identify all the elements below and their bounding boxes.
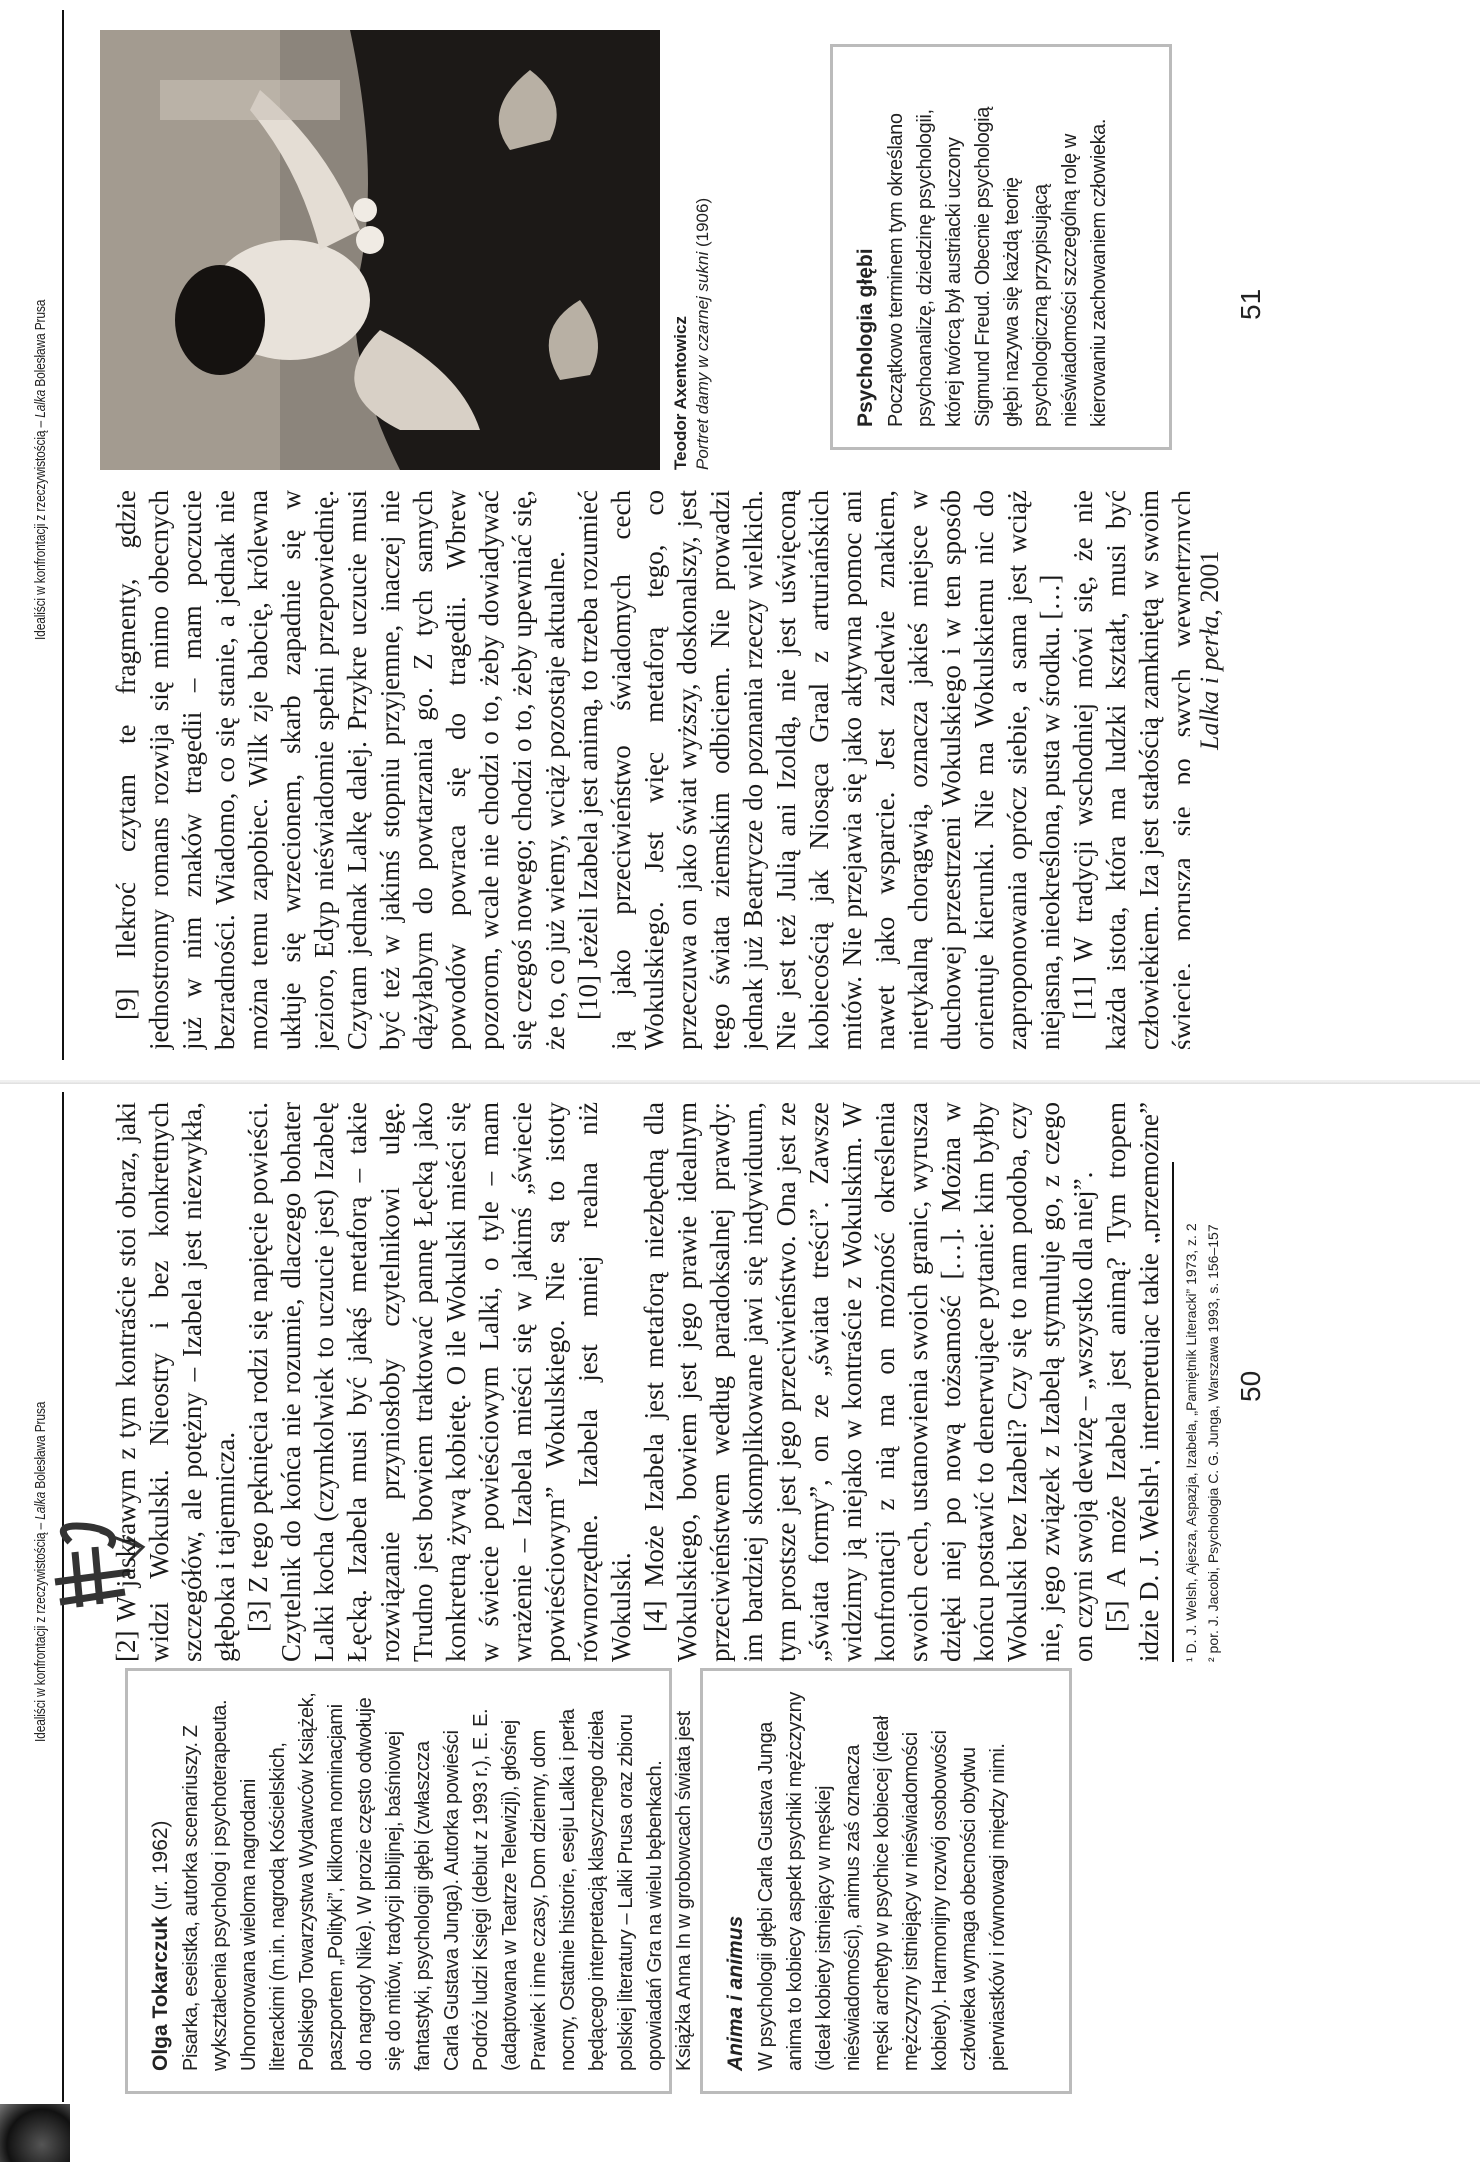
header-rule: [62, 10, 64, 1060]
painting-title: Portret damy w czarnej sukni: [693, 252, 712, 470]
footnote-1: ¹ D. J. Welsh, Ajesza, Aspazja, Izabela,…: [1180, 1102, 1202, 1662]
paragraph-10: [10] Jeżeli Izabela jest animą, to trzeb…: [572, 490, 1067, 1050]
footnote-2: ² por. J. Jacobi, Psychologia C. G. Jung…: [1202, 1102, 1224, 1662]
running-head: Idealiści w konfrontacji z rzeczywistośc…: [32, 300, 49, 640]
source-attribution: Lalka i perła, 2001: [1195, 551, 1225, 750]
painting-portrait: [100, 30, 660, 470]
paragraph-2: [2] W jaskrawym z tym kontraście stoi ob…: [110, 1102, 242, 1662]
footnotes: ¹ D. J. Welsh, Ajesza, Aspazja, Izabela,…: [1180, 1102, 1224, 1662]
olga-tokarczuk-bio-box: Olga Tokarczuk (ur. 1962) Pisarka, eseis…: [125, 1668, 672, 2094]
footnote-rule: [1172, 1162, 1174, 1662]
page-50: Idealiści w konfrontacji z rzeczywistośc…: [0, 1082, 1480, 2162]
depth-psychology-title: Psychologia głębi: [851, 67, 880, 427]
depth-psychology-text: Początkowo terminem tym określano psycho…: [882, 67, 1114, 427]
painting-caption: Teodor Axentowicz Portret damy w czarnej…: [670, 30, 714, 470]
anima-animus-box: Anima i animus W psychologii głębi Carla…: [700, 1668, 1072, 2094]
page-number-51: 51: [1235, 289, 1267, 320]
paragraph-11: [11] W tradycji wschodniej mówi się, że …: [1067, 490, 1190, 1050]
book-spread: Idealiści w konfrontacji z rzeczywistośc…: [0, 0, 1480, 2162]
paragraph-4: [4] Może Izabela jest metaforą niezbędną…: [638, 1102, 1100, 1662]
depth-psychology-box: Psychologia głębi Początkowo terminem ty…: [830, 44, 1172, 450]
author-name: Olga Tokarczuk (ur. 1962): [146, 1691, 175, 2071]
paragraph-3: [3] Z tego pęknięcia rodzi się napięcie …: [242, 1102, 638, 1662]
previous-page-image-edge: [0, 2104, 70, 2162]
page-51: Idealiści w konfrontacji z rzeczywistośc…: [0, 0, 1480, 1080]
anima-animus-title: Anima i animus: [721, 1691, 750, 2071]
page-51-body: [9] Ilekroć czytam te fragmenty, gdzie j…: [110, 490, 1190, 1050]
page-50-body: [2] W jaskrawym z tym kontraście stoi ob…: [110, 1102, 1160, 1662]
page-number-50: 50: [1235, 1371, 1267, 1402]
anima-animus-text: W psychologii głębi Carla Gustava Junga …: [752, 1691, 1013, 2071]
painting-year: (1906): [693, 198, 712, 247]
portrait-lady-black-dress-image: [100, 30, 660, 470]
paragraph-9: [9] Ilekroć czytam te fragmenty, gdzie j…: [110, 490, 572, 1050]
painting-artist: Teodor Axentowicz: [671, 316, 690, 470]
paragraph-5: [5] A może Izabela jest animą? Tym trope…: [1100, 1102, 1160, 1662]
